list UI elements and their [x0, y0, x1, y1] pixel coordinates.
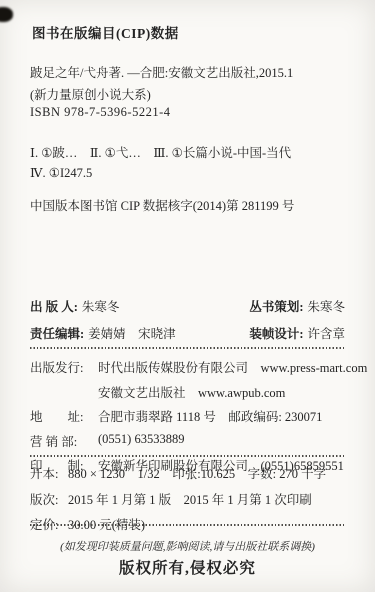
cip-copyright-page: 图书在版编目(CIP)数据 跛足之年/弋舟著. —合肥:安徽文艺出版社,2015…: [0, 0, 375, 592]
marketing-dept-row: 营 销 部:(0551) 63533889: [30, 432, 360, 450]
publishing-house-row: 出版发行:时代出版传媒股份有限公司 www.press-mart.com: [30, 358, 360, 376]
cip-record-line: 跛足之年/弋舟著. —合肥:安徽文艺出版社,2015.1: [30, 63, 293, 81]
dotted-divider-middle: [30, 455, 346, 457]
publisher-section: 出版发行:时代出版传媒股份有限公司 www.press-mart.com 安徽文…: [30, 358, 360, 481]
responsible-editor-value: 姜婧婧 宋晓津: [88, 327, 176, 341]
cip-classification-line2: Ⅳ. ①I247.5: [30, 165, 92, 181]
address-row: 地 址:合肥市翡翠路 1118 号 邮政编码: 230071: [30, 407, 360, 425]
edition-label: 版次:: [30, 490, 68, 508]
responsible-editor-label: 责任编辑:: [30, 327, 84, 341]
publisher-person-value: 朱寒冬: [82, 300, 120, 314]
series-planner-value: 朱寒冬: [307, 300, 345, 314]
staff-section: 出 版 人:朱寒冬 责任编辑:姜婧婧 宋晓津 丛书策划:朱寒冬 装帧设计:许含章: [30, 297, 345, 342]
dotted-divider-bottom: [30, 524, 346, 526]
publishing-house-label: 出版发行:: [30, 358, 98, 376]
quality-notice: (如发现印装质量问题,影响阅读,请与出版社联系调换): [0, 538, 375, 554]
publisher-person-row: 出 版 人:朱寒冬: [30, 297, 176, 315]
staff-left-column: 出 版 人:朱寒冬 责任编辑:姜婧婧 宋晓津: [30, 297, 176, 342]
responsible-editor-row: 责任编辑:姜婧婧 宋晓津: [30, 324, 176, 342]
cip-title: 图书在版编目(CIP)数据: [32, 22, 179, 42]
binding-designer-row: 装帧设计:许含章: [249, 324, 345, 342]
binding-designer-value: 许含章: [307, 327, 345, 341]
marketing-dept-value: (0551) 63533889: [98, 432, 184, 450]
format-label: 开本:: [30, 464, 68, 482]
publishing-house-label2: [30, 383, 98, 401]
cip-series-line: (新力量原创小说大系): [30, 85, 151, 103]
dotted-divider-top: [30, 347, 346, 349]
scan-artifact: [0, 7, 13, 22]
marketing-dept-label: 营 销 部:: [30, 432, 98, 450]
address-value: 合肥市翡翠路 1118 号 邮政编码: 230071: [98, 407, 322, 425]
publishing-house-value2: 安徽文艺出版社 www.awpub.com: [98, 383, 285, 401]
cip-isbn-line: ISBN 978-7-5396-5221-4: [30, 105, 171, 120]
publishing-house-value: 时代出版传媒股份有限公司 www.press-mart.com: [98, 358, 367, 376]
staff-right-column: 丛书策划:朱寒冬 装帧设计:许含章: [249, 297, 345, 342]
cip-classification-line1: Ⅰ. ①跛… Ⅱ. ①弋… Ⅲ. ①长篇小说-中国-当代: [30, 143, 291, 161]
address-label: 地 址:: [30, 407, 98, 425]
edition-value: 2015 年 1 月第 1 版 2015 年 1 月第 1 次印刷: [68, 490, 312, 508]
edition-row: 版次:2015 年 1 月第 1 版 2015 年 1 月第 1 次印刷: [30, 490, 360, 508]
publishing-house-row2: 安徽文艺出版社 www.awpub.com: [30, 383, 360, 401]
publisher-person-label: 出 版 人:: [30, 300, 78, 314]
cip-registry-line: 中国版本图书馆 CIP 数据核字(2014)第 281199 号: [30, 196, 294, 214]
series-planner-label: 丛书策划:: [249, 300, 303, 314]
binding-designer-label: 装帧设计:: [249, 327, 303, 341]
format-row: 开本:880 × 1230 1/32 印张:10.625 字数: 270 千字: [30, 464, 360, 482]
print-specs-section: 开本:880 × 1230 1/32 印张:10.625 字数: 270 千字 …: [30, 464, 360, 541]
copyright-statement: 版权所有,侵权必究: [0, 556, 375, 578]
series-planner-row: 丛书策划:朱寒冬: [249, 297, 345, 315]
format-value: 880 × 1230 1/32 印张:10.625 字数: 270 千字: [68, 464, 326, 482]
